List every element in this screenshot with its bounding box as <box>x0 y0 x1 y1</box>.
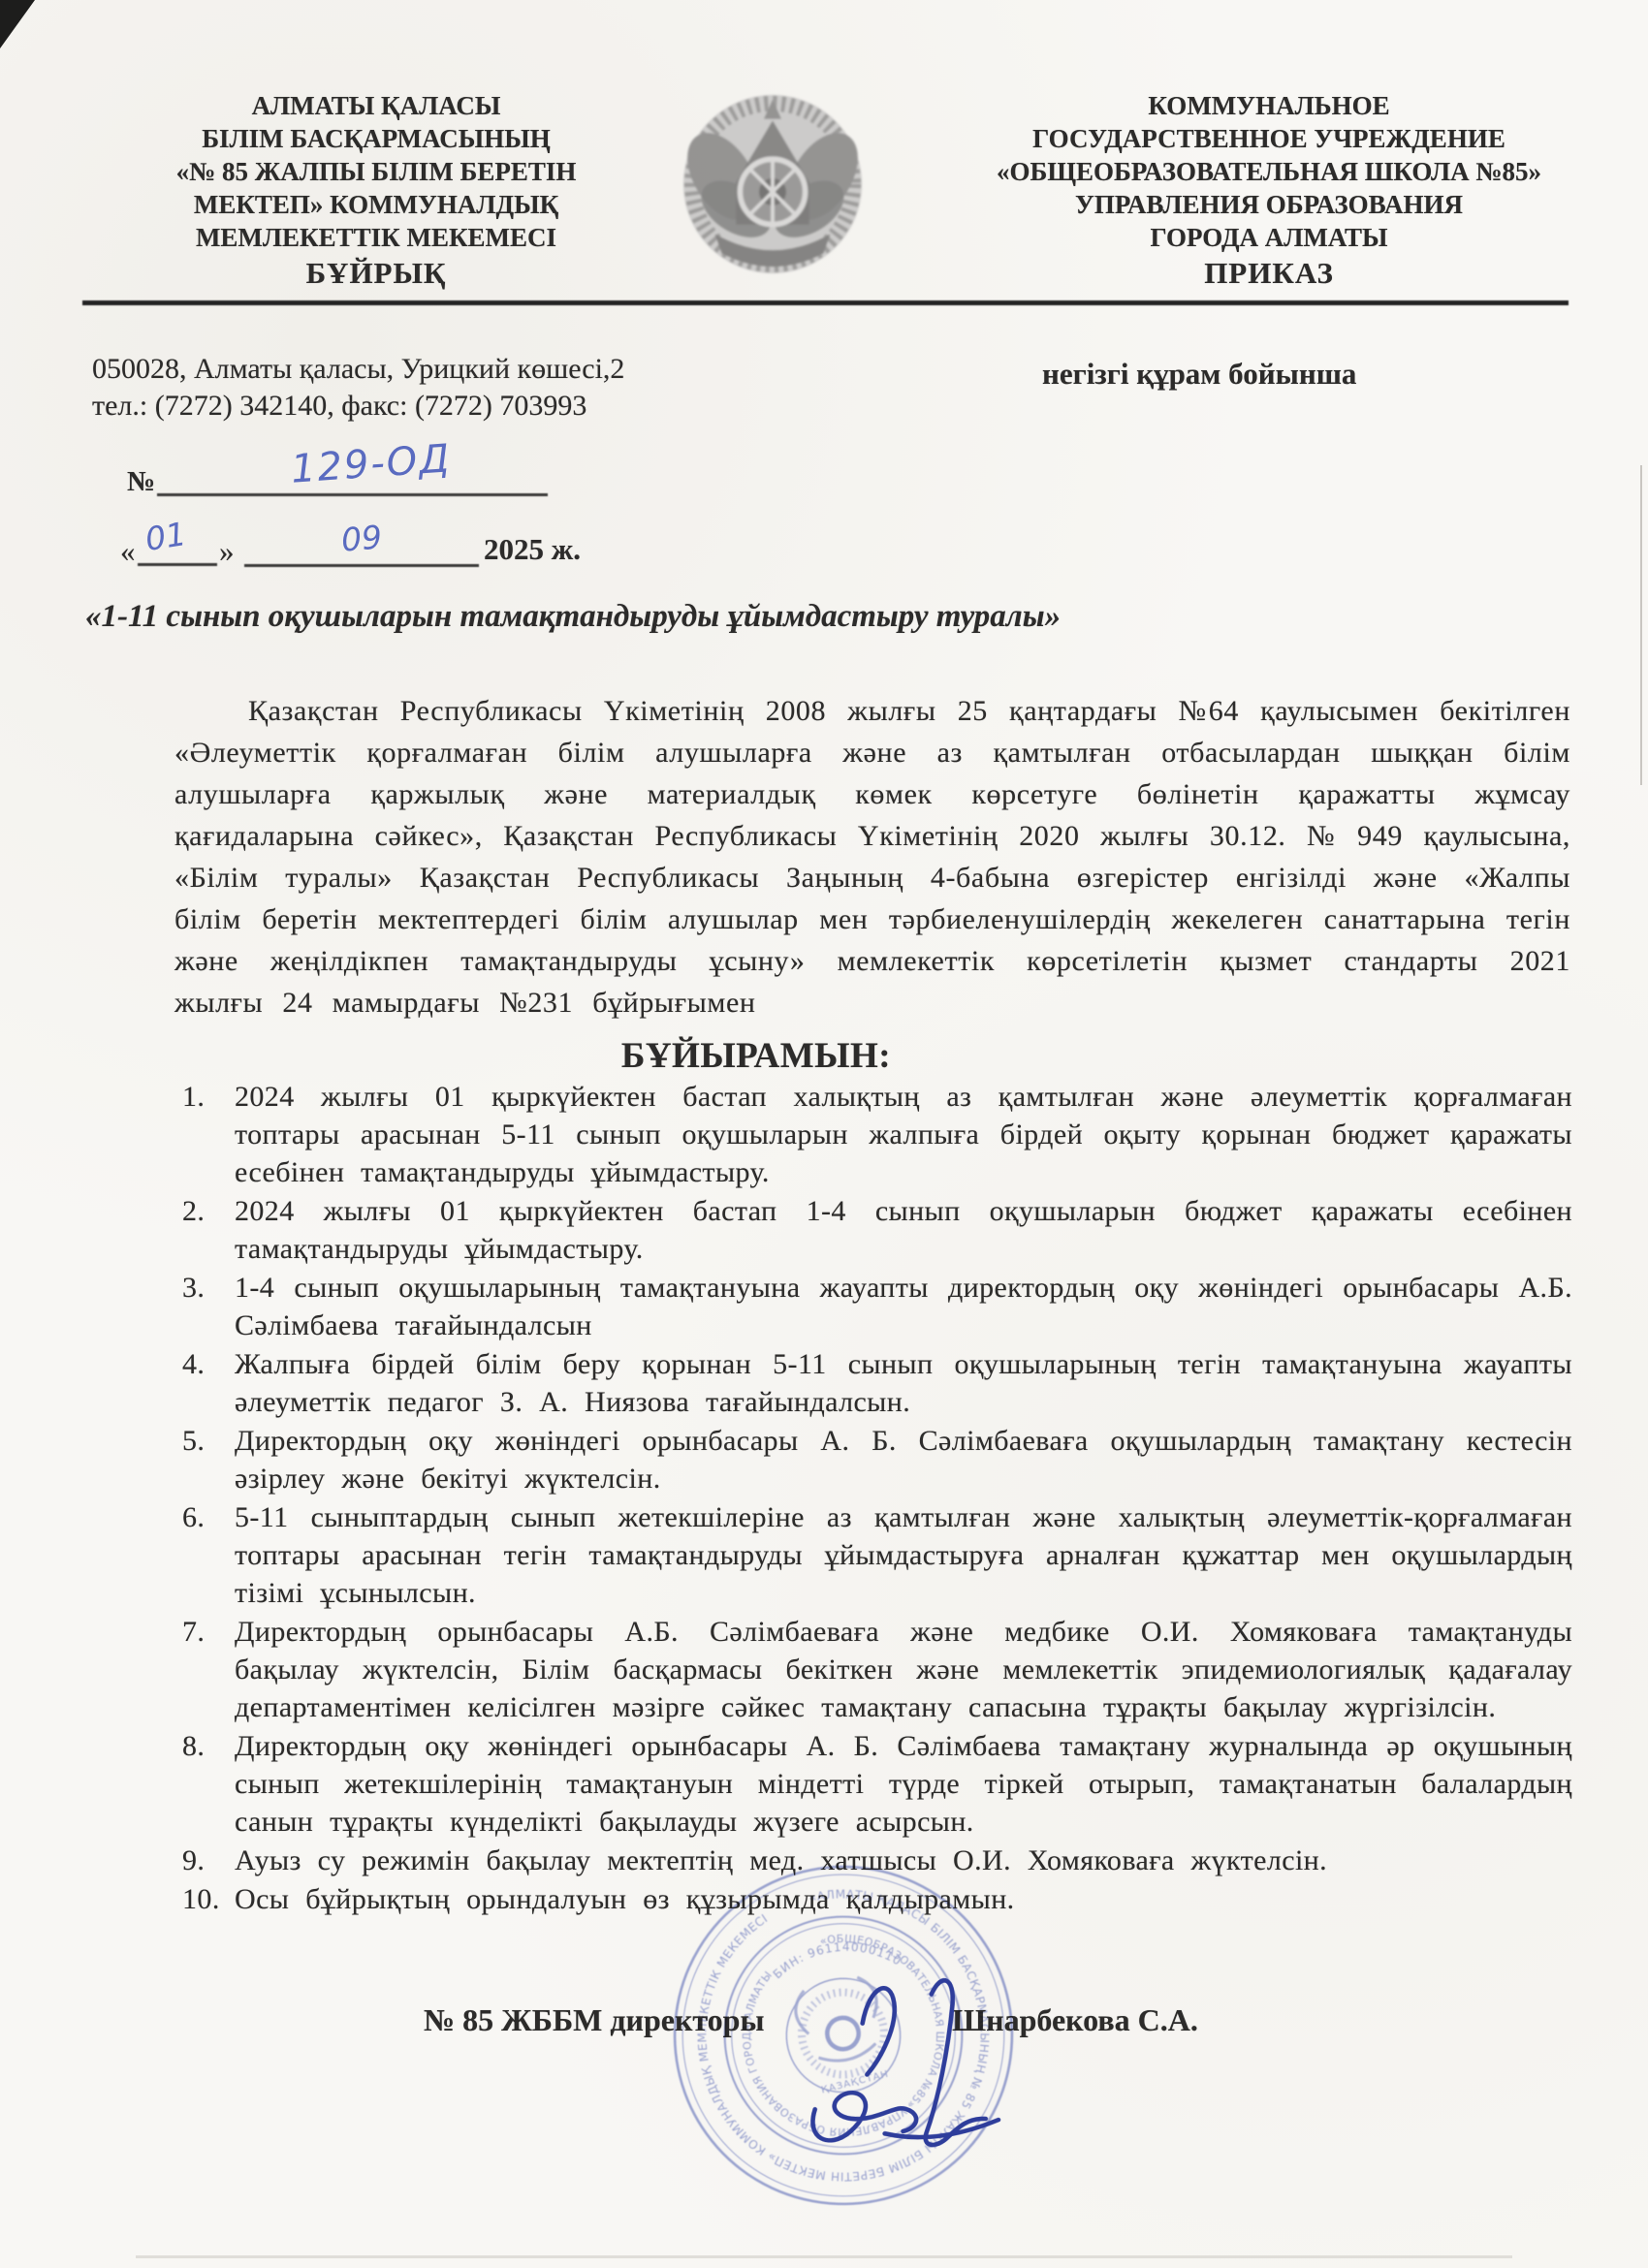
scan-bottom-artifact <box>136 2255 1512 2258</box>
staff-category-note: негізгі құрам бойынша <box>1042 357 1356 392</box>
date-close-quote: » <box>219 534 235 569</box>
document-title: «1-11 сынып оқушыларын тамақтандыруды ұй… <box>85 599 1578 635</box>
preamble-paragraph: Қазақстан Республикасы Үкіметінің 2008 ж… <box>174 690 1570 1024</box>
header-divider <box>82 300 1569 305</box>
director-signature-ink <box>767 1957 1034 2180</box>
order-number-handwritten: 129-ОД <box>290 436 453 491</box>
order-item-2: 2024 жылғы 01 қыркүйектен бастап 1-4 сын… <box>174 1192 1572 1268</box>
date-month-underline <box>244 564 479 567</box>
date-day-handwritten: 01 <box>143 515 189 558</box>
scan-corner-artifact <box>0 0 35 48</box>
order-item-8: Директордың оқу жөніндегі орынбасары А. … <box>174 1727 1572 1841</box>
order-item-6: 5-11 сыныптардың сынып жетекшілеріне аз … <box>174 1498 1572 1612</box>
org-address: 050028, Алматы қаласы, Урицкий көшесі,2 … <box>92 351 624 425</box>
order-item-3: 1-4 сынып оқушыларының тамақтануына жауа… <box>174 1269 1572 1344</box>
order-heading: БҰЙЫРАМЫН: <box>58 1035 1454 1077</box>
order-items-list: 2024 жылғы 01 қыркүйектен бастап халықты… <box>174 1078 1572 1919</box>
date-day-underline <box>138 563 217 566</box>
date-year: 2025 ж. <box>484 532 581 567</box>
order-item-7: Директордың орынбасары А.Б. Сәлімбаеваға… <box>174 1613 1572 1726</box>
doc-type-russian: ПРИКАЗ <box>965 257 1573 290</box>
org-name-russian-text: КОММУНАЛЬНОЕ ГОСУДАРСТВЕННОЕ УЧРЕЖДЕНИЕ … <box>965 89 1573 254</box>
order-item-1: 2024 жылғы 01 қыркүйектен бастап халықты… <box>174 1078 1572 1191</box>
org-name-kazakh: АЛМАТЫ ҚАЛАСЫ БІЛІМ БАСҚАРМАСЫНЫҢ «№ 85 … <box>124 89 628 290</box>
date-month-handwritten: 09 <box>339 518 383 559</box>
order-number-label: № <box>127 466 155 498</box>
scan-edge-artifact <box>1640 465 1642 785</box>
scanned-order-document: АЛМАТЫ ҚАЛАСЫ БІЛІМ БАСҚАРМАСЫНЫҢ «№ 85 … <box>0 0 1648 2268</box>
kazakhstan-coat-of-arms-icon <box>677 87 869 281</box>
order-number-underline <box>157 493 548 496</box>
date-open-quote: « <box>120 534 136 569</box>
order-item-4: Жалпыға бірдей білім беру қорынан 5-11 с… <box>174 1345 1572 1421</box>
order-item-5: Директордың оқу жөніндегі орынбасары А. … <box>174 1422 1572 1497</box>
org-name-kazakh-text: АЛМАТЫ ҚАЛАСЫ БІЛІМ БАСҚАРМАСЫНЫҢ «№ 85 … <box>124 89 628 254</box>
org-name-russian: КОММУНАЛЬНОЕ ГОСУДАРСТВЕННОЕ УЧРЕЖДЕНИЕ … <box>965 89 1573 290</box>
doc-type-kazakh: БҰЙРЫҚ <box>124 257 628 290</box>
